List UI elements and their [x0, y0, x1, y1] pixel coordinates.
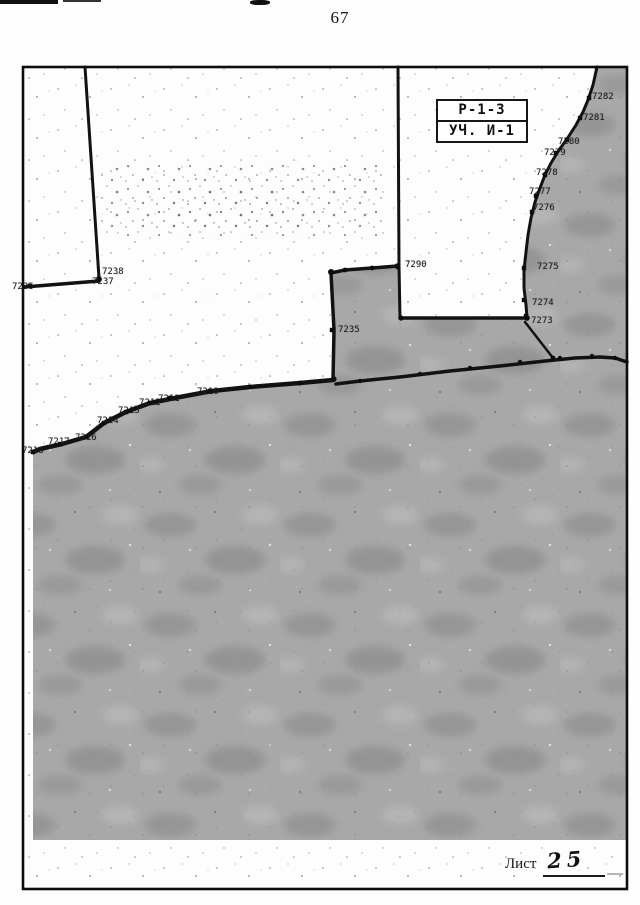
- boundary-point-dot: [396, 265, 400, 269]
- boundary-point-dot: [31, 450, 35, 454]
- boundary-point-dot: [102, 421, 106, 425]
- boundary-point-dot: [530, 210, 534, 214]
- sheet-underline: [543, 875, 605, 877]
- boundary-point-dot: [208, 389, 212, 393]
- boundary-point-dot: [565, 138, 569, 142]
- map-drawing: [0, 0, 640, 905]
- boundary-point-dot: [522, 266, 526, 270]
- sheet-label: Лист: [505, 856, 536, 873]
- boundary-point-dot: [124, 410, 128, 414]
- boundary-point-dot: [534, 194, 538, 198]
- boundary-point-dot: [578, 116, 582, 120]
- scanned-map-page: 67: [0, 0, 640, 905]
- region-label-box: Р-1-3 УЧ. И-1: [436, 99, 528, 143]
- boundary-point-dot: [522, 298, 526, 302]
- boundary-point-dot: [28, 284, 32, 288]
- sheet-number-handwritten: 25: [546, 846, 587, 874]
- region-code: Р-1-3: [438, 101, 526, 120]
- boundary-point-dot: [168, 396, 172, 400]
- boundary-point-dot: [543, 173, 547, 177]
- boundary-point-dot: [587, 96, 591, 100]
- boundary-point-dot: [148, 401, 152, 405]
- sheet-block: Лист 25: [505, 849, 635, 889]
- plot-code: УЧ. И-1: [438, 120, 526, 141]
- boundary-point-dot: [97, 277, 101, 281]
- boundary-point-dot: [524, 314, 528, 318]
- boundary-point-dot: [58, 442, 62, 446]
- boundary-point-dot: [554, 151, 558, 155]
- sheet-underline-faint: [607, 873, 623, 875]
- boundary-point-dot: [84, 435, 88, 439]
- boundary-point-dot: [330, 328, 334, 332]
